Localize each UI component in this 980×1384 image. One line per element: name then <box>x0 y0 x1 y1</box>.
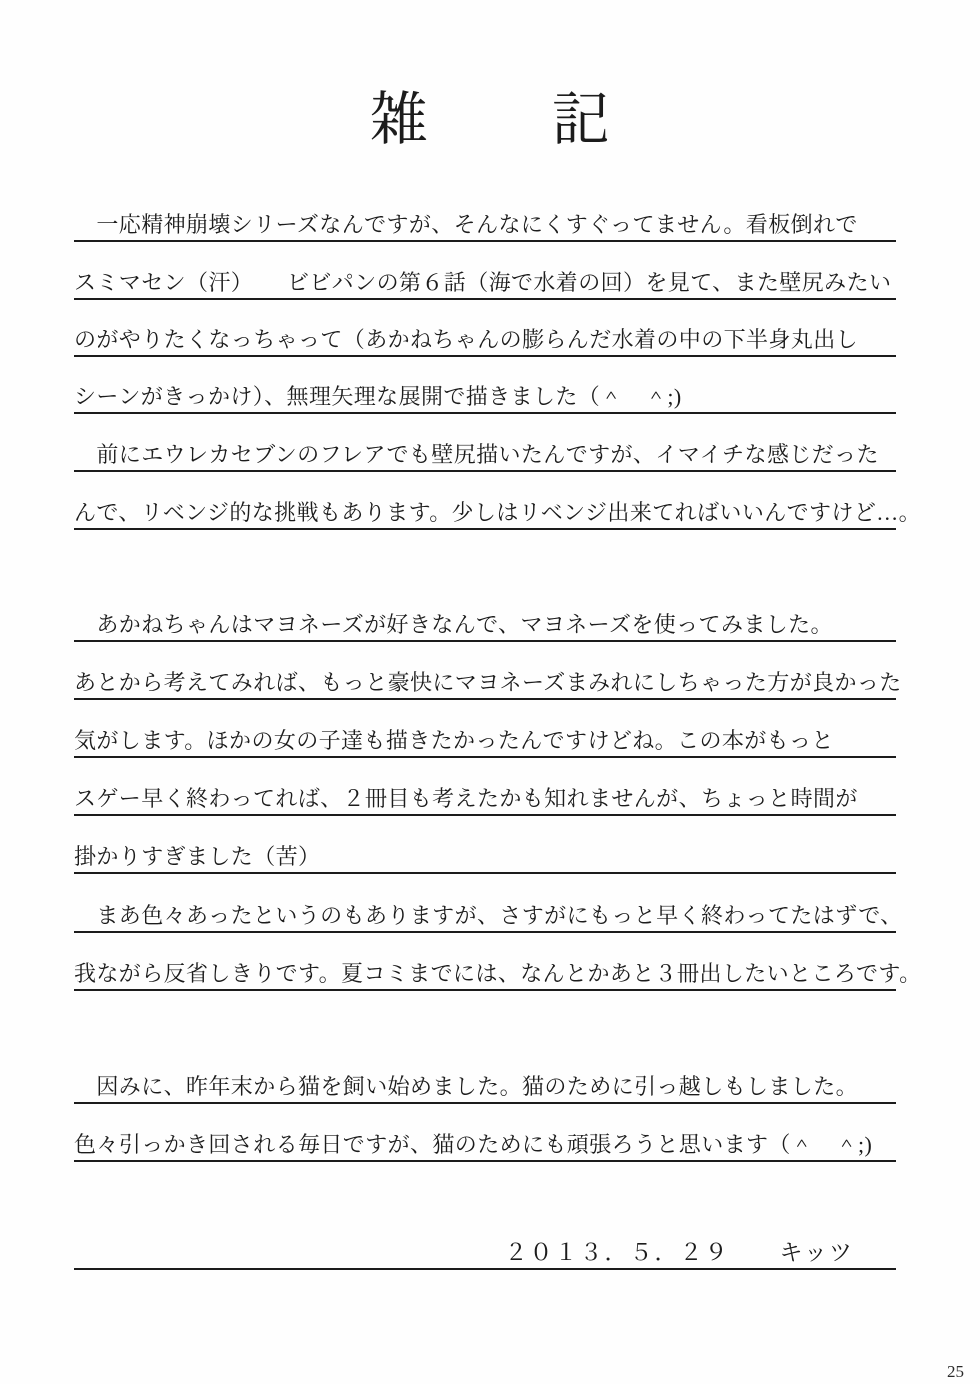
text-line-6: んで、リベンジ的な挑戦もあります。少しはリベンジ出来てればいいんですけど…。 <box>74 488 896 530</box>
page-title: 雑 記 <box>0 88 980 152</box>
text-line-3: のがやりたくなっちゃって（あかねちゃんの膨らんだ水着の中の下半身丸出し <box>74 315 896 357</box>
signature-line: ２０１３．５．２９ キッツ <box>74 1228 896 1270</box>
page-title-char-2: 記 <box>552 88 610 152</box>
text-line-9: 気がします。ほかの女の子達も描きたかったんですけどね。この本がもっと <box>74 716 896 758</box>
text-line-14: 因みに、昨年末から猫を飼い始めました。猫のために引っ越しもしました。 <box>74 1062 896 1104</box>
page-title-char-1: 雑 <box>370 88 428 152</box>
text-line-1: 一応精神崩壊シリーズなんですが、そんなにくすぐってません。看板倒れで <box>74 200 896 242</box>
text-line-7: あかねちゃんはマヨネーズが好きなんで、マヨネーズを使ってみました。 <box>74 600 896 642</box>
page-number: 25 <box>947 1362 964 1382</box>
text-line-5: 前にエウレカセブンのフレアでも壁尻描いたんですが、イマイチな感じだった <box>74 430 896 472</box>
document-page: 雑 記 一応精神崩壊シリーズなんですが、そんなにくすぐってません。看板倒れで ス… <box>0 0 980 1384</box>
text-line-12: まあ色々あったというのもありますが、さすがにもっと早く終わってたはずで、 <box>74 891 896 933</box>
text-line-13: 我ながら反省しきりです。夏コミまでには、なんとかあと３冊出したいところです。 <box>74 949 896 991</box>
text-line-8: あとから考えてみれば、もっと豪快にマヨネーズまみれにしちゃった方が良かった <box>74 658 896 700</box>
text-line-10: スゲー早く終わってれば、２冊目も考えたかも知れませんが、ちょっと時間が <box>74 774 896 816</box>
text-line-2: スミマセン（汗） ビビパンの第６話（海で水着の回）を見て、また壁尻みたい <box>74 258 896 300</box>
text-line-11: 掛かりすぎました（苦） <box>74 832 896 874</box>
text-line-4: シーンがきっかけ）、無理矢理な展開で描きました（＾ ＾;) <box>74 372 896 414</box>
text-line-15: 色々引っかき回される毎日ですが、猫のためにも頑張ろうと思います（＾ ＾;) <box>74 1120 896 1162</box>
